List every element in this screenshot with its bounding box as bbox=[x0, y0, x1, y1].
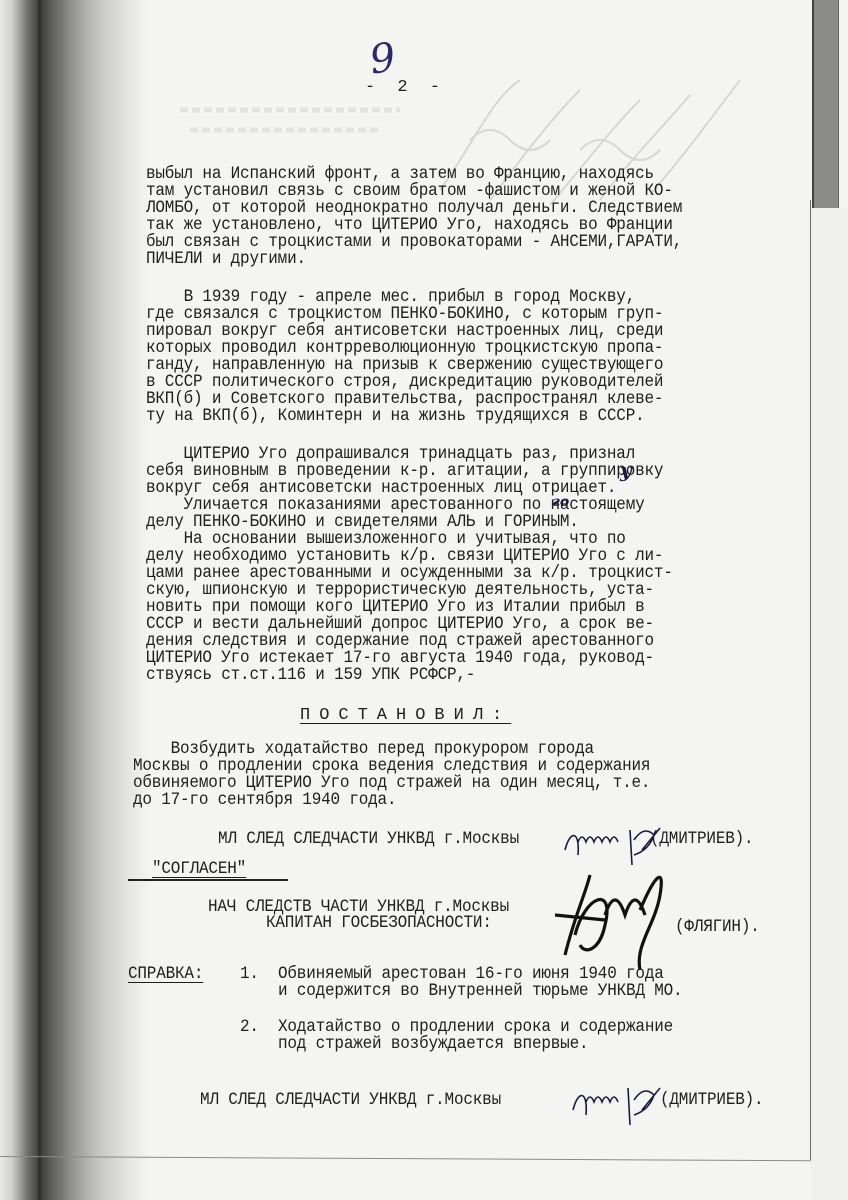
text-line: ствуясь ст.ст.116 и 159 УПК РСФСР,- bbox=[146, 668, 475, 684]
text-line: выбыл на Испанский фронт, а затем во Фра… bbox=[146, 167, 654, 183]
text-line: новить при помощи кого ЦИТЕРИО Уго из Ит… bbox=[146, 600, 645, 616]
signatory-name: (ФЛЯГИН). bbox=[675, 920, 760, 936]
text-line: обвиняемого ЦИТЕРИО Уго под стражей на о… bbox=[133, 776, 650, 792]
text-line: был связан с троцкистами и провокаторами… bbox=[146, 235, 682, 251]
handwritten-correction: у bbox=[620, 458, 632, 482]
signature-flyagin bbox=[545, 855, 675, 975]
handwritten-correction: го bbox=[552, 494, 569, 510]
signatory-name: (ДМИТРИЕВ). bbox=[660, 1093, 763, 1109]
signature-dmitriev bbox=[568, 1080, 668, 1130]
text-line: ПИЧЕЛИ и другими. bbox=[146, 252, 306, 268]
text-line: ганду, направленную на призыв к свержени… bbox=[146, 358, 663, 374]
scan-right-strip bbox=[812, 0, 839, 208]
text-line: которых проводил контрреволюционную троц… bbox=[146, 341, 663, 357]
page-right-edge bbox=[810, 200, 811, 1160]
scan-right-margin bbox=[811, 208, 848, 1200]
scan-left-shadow bbox=[0, 0, 150, 1200]
text-line: Уличается показаниями арестованного по н… bbox=[146, 498, 645, 514]
note-item-text: Ходатайство о продлении срока и содержан… bbox=[278, 1020, 673, 1036]
approval-underline bbox=[128, 879, 288, 881]
text-line: ВКП(б) и Советского правительства, распр… bbox=[146, 392, 663, 408]
text-line: ту на ВКП(б), Коминтерн и на жизнь трудя… bbox=[146, 409, 645, 425]
text-line: где связался с троцкистом ПЕНКО-БОКИНО, … bbox=[146, 307, 663, 323]
text-line: На основании вышеизложенного и учитывая,… bbox=[146, 532, 626, 548]
text-line: до 17-го сентября 1940 года. bbox=[133, 793, 396, 809]
note-item-text: Обвиняемый арестован 16-го июня 1940 год… bbox=[278, 967, 664, 983]
text-line: себя виновным в проведении к-р. агитации… bbox=[146, 464, 663, 480]
text-line: в СССР политического строя, дискредитаци… bbox=[146, 375, 663, 391]
text-line: ЦИТЕРИО Уго допрашивался тринадцать раз,… bbox=[146, 447, 635, 463]
text-line: СССР и вести дальнейший допрос ЦИТЕРИО У… bbox=[146, 617, 654, 633]
text-line: так же установлено, что ЦИТЕРИО Уго, нах… bbox=[146, 218, 673, 234]
text-line: Возбудить ходатайство перед прокурором г… bbox=[133, 742, 594, 758]
approval-label: "СОГЛАСЕН" bbox=[152, 862, 246, 878]
signatory-position: МЛ СЛЕД СЛЕДЧАСТИ УНКВД г.Москвы bbox=[200, 1093, 501, 1109]
text-line: ЛОМБО, от которой неоднократно получал д… bbox=[146, 201, 682, 217]
page-number: - 2 - bbox=[365, 78, 446, 97]
text-line: делу необходимо установить к/р. связи ЦИ… bbox=[146, 549, 663, 565]
text-line: делу ПЕНКО-БОКИНО и свидетелями АЛЬ и ГО… bbox=[146, 515, 579, 531]
page-binding-edge bbox=[38, 0, 41, 1200]
bleed-through-text bbox=[180, 90, 420, 150]
signatory-rank: КАПИТАН ГОСБЕЗОПАСНОСТИ: bbox=[266, 916, 492, 932]
text-line: пировал вокруг себя антисоветски настрое… bbox=[146, 324, 663, 340]
text-line: ЦИТЕРИО Уго истекает 17-го августа 1940 … bbox=[146, 651, 654, 667]
text-line: там установил связь с своим братом -фаши… bbox=[146, 184, 673, 200]
text-line: вокруг себя антисоветски настроенных лиц… bbox=[146, 481, 616, 497]
note-item-text: и содержится во Внутренней тюрьме УНКВД … bbox=[278, 984, 682, 1000]
handwritten-sheet-number: 9 bbox=[367, 34, 399, 83]
text-line: цами ранее арестованными и осужденными з… bbox=[146, 566, 673, 582]
note-item-text: под стражей возбуждается впервые. bbox=[278, 1037, 588, 1053]
text-line: В 1939 году - апреле мес. прибыл в город… bbox=[146, 290, 635, 306]
text-line: Москвы о продлении срока ведения следств… bbox=[133, 759, 650, 775]
signatory-position: МЛ СЛЕД СЛЕДЧАСТИ УНКВД г.Москвы bbox=[218, 832, 519, 848]
note-label: СПРАВКА: bbox=[128, 967, 203, 983]
text-line: дения следствия и содержание под стражей… bbox=[146, 634, 654, 650]
resolution-heading: ПОСТАНОВИЛ: bbox=[300, 706, 511, 725]
note-item-number: 2. bbox=[240, 1020, 259, 1036]
note-item-number: 1. bbox=[240, 967, 259, 983]
text-line: скую, шпионскую и террористическую деяте… bbox=[146, 583, 654, 599]
